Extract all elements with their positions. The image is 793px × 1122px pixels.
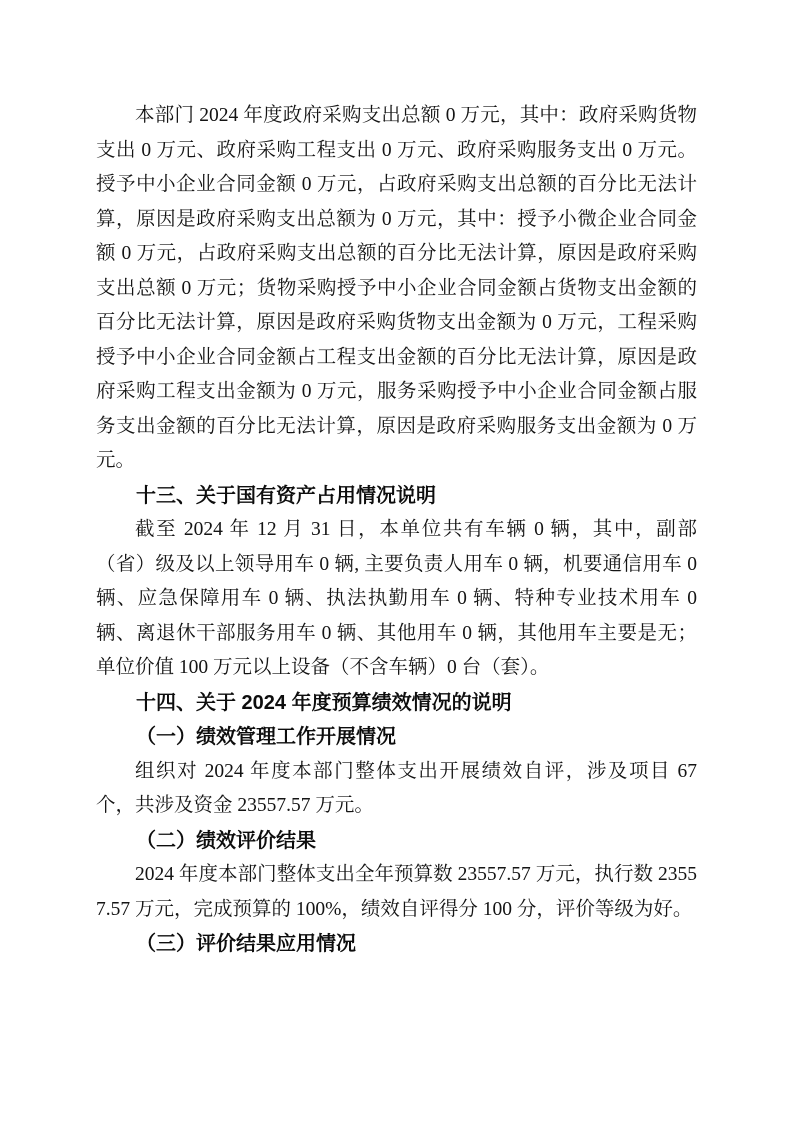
- subheading-1-performance-management: （一）绩效管理工作开展情况: [96, 720, 697, 755]
- paragraph-performance-self-evaluation: 组织对 2024 年度本部门整体支出开展绩效自评，涉及项目 67 个，共涉及资金…: [96, 755, 697, 824]
- paragraph-government-procurement: 本部门 2024 年度政府采购支出总额 0 万元，其中：政府采购货物支出 0 万…: [96, 99, 697, 479]
- heading-section-14-budget-performance: 十四、关于 2024 年度预算绩效情况的说明: [96, 686, 697, 721]
- heading-section-13-state-assets: 十三、关于国有资产占用情况说明: [96, 479, 697, 514]
- paragraph-state-assets-occupancy: 截至 2024 年 12 月 31 日，本单位共有车辆 0 辆，其中，副部（省）…: [96, 513, 697, 686]
- document-page: 本部门 2024 年度政府采购支出总额 0 万元，其中：政府采购货物支出 0 万…: [0, 0, 793, 1122]
- subheading-3-results-application: （三）评价结果应用情况: [96, 927, 697, 962]
- paragraph-evaluation-results-detail: 2024 年度本部门整体支出全年预算数 23557.57 万元，执行数 2355…: [96, 858, 697, 927]
- subheading-2-evaluation-results: （二）绩效评价结果: [96, 824, 697, 859]
